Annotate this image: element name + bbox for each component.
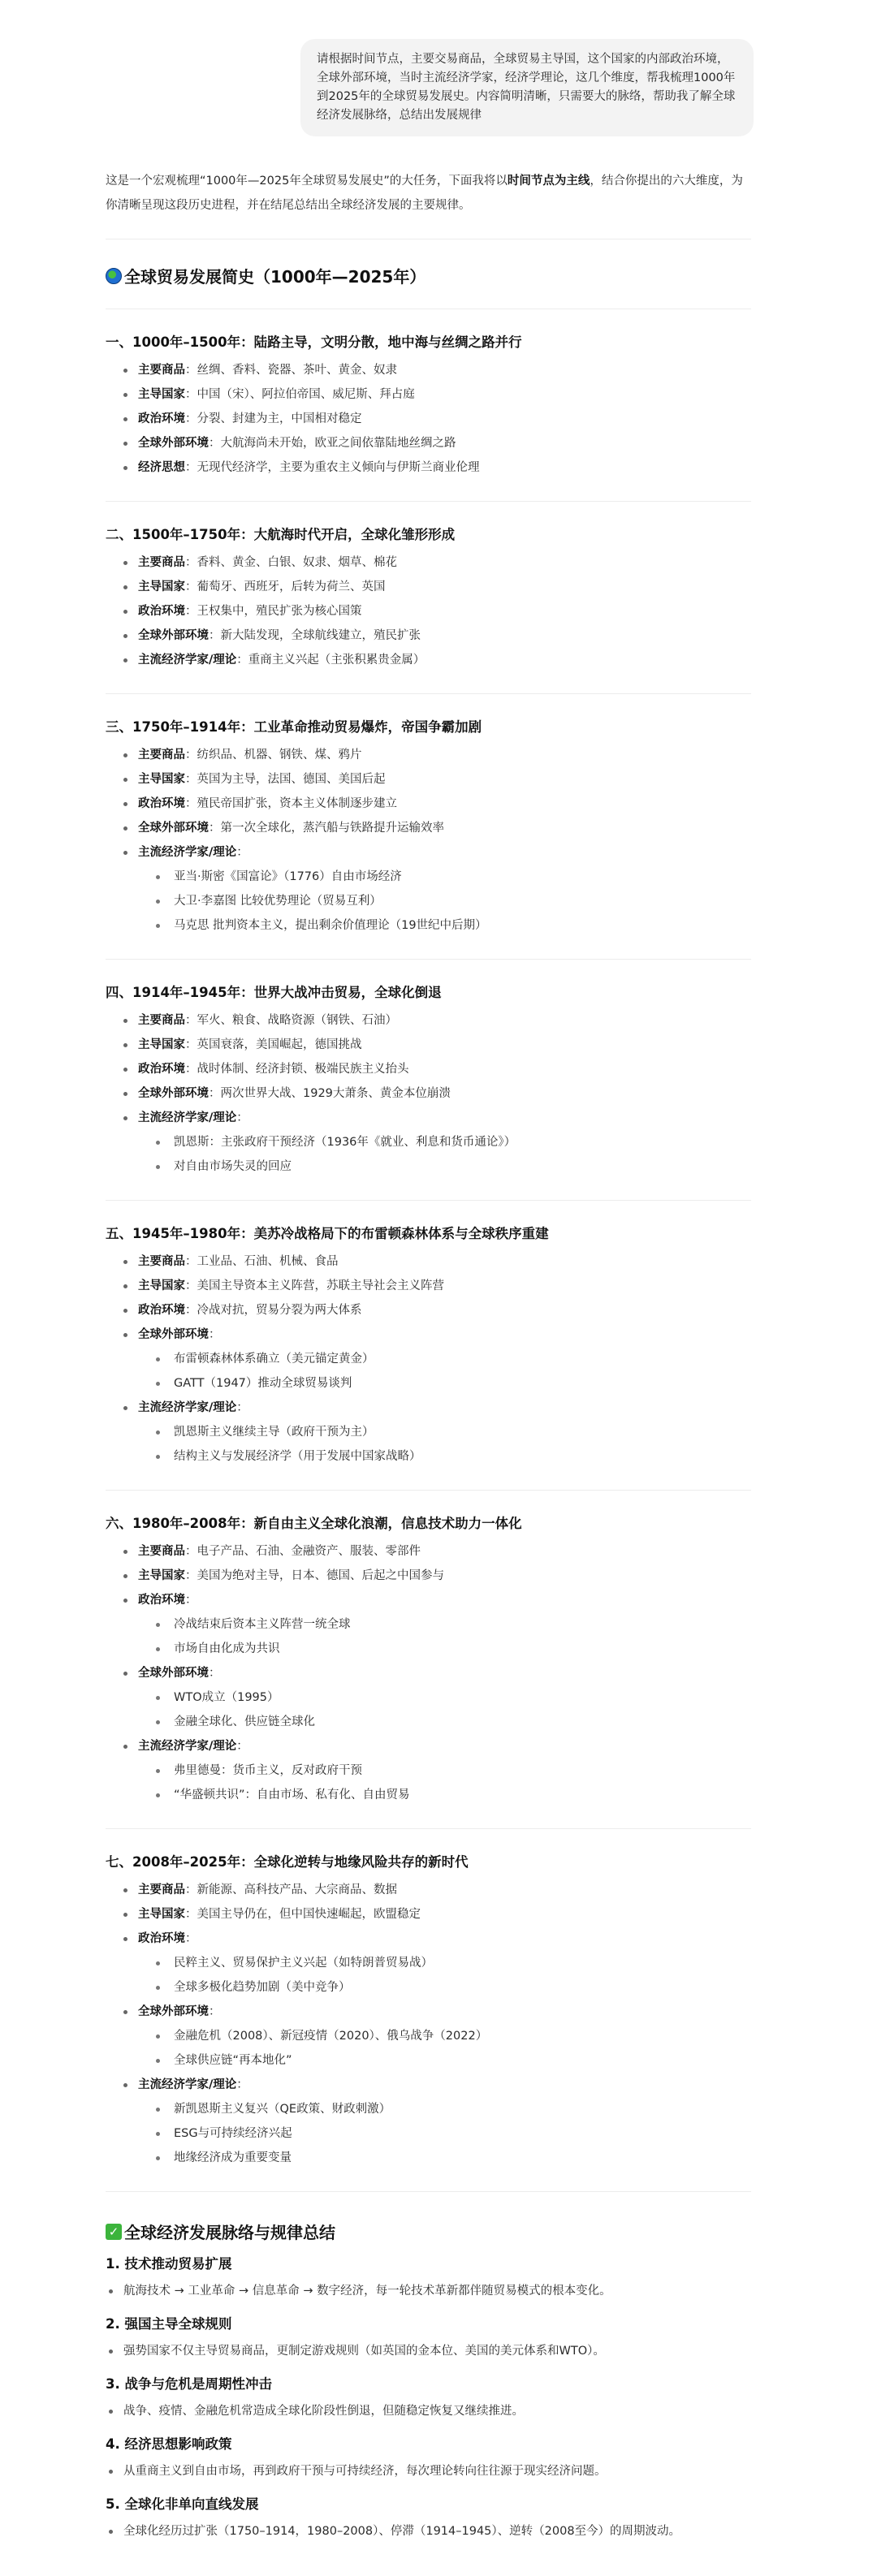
item-label: 主要商品 <box>138 749 185 762</box>
item-label: 主流经济学家/理论 <box>138 1111 236 1124</box>
list-item: 主导国家：葡萄牙、西班牙，后转为荷兰、英国 <box>123 575 751 599</box>
sub-list-item: 对自由市场失灵的回应 <box>156 1154 751 1179</box>
sub-list-item: 弗里德曼：货币主义，反对政府干预 <box>156 1758 751 1783</box>
rule-title: 1. 技术推动贸易扩展 <box>106 2253 751 2276</box>
period-title: 六、1980年–2008年：新自由主义全球化浪潮，信息技术助力一体化 <box>106 1513 751 1534</box>
item-label: 经济思想 <box>138 461 185 474</box>
item-label: 主流经济学家/理论 <box>138 2078 236 2091</box>
item-value: ： <box>209 1328 221 1341</box>
sub-list-item: 结构主义与发展经济学（用于发展中国家战略） <box>156 1444 751 1469</box>
list-item: 政治环境：殖民帝国扩张，资本主义体制逐步建立 <box>123 792 751 816</box>
sub-item-list: 民粹主义、贸易保护主义兴起（如特朗普贸易战）全球多极化趋势加剧（美中竞争） <box>138 1951 751 2000</box>
item-label: 主流经济学家/理论 <box>138 1740 236 1753</box>
period-title: 二、1500年–1750年：大航海时代开启，全球化雏形形成 <box>106 524 751 546</box>
rules-container: 1. 技术推动贸易扩展航海技术 → 工业革命 → 信息革命 → 数字经济，每一轮… <box>106 2253 751 2544</box>
sub-list-item: 民粹主义、贸易保护主义兴起（如特朗普贸易战） <box>156 1951 751 1975</box>
rule-title: 4. 经济思想影响政策 <box>106 2433 751 2456</box>
item-label: 全球外部环境 <box>138 437 209 450</box>
list-item: 主导国家：美国主导仍在，但中国快速崛起，欧盟稳定 <box>123 1902 751 1927</box>
item-value: ： <box>236 846 248 859</box>
rule-list: 全球化经历过扩张（1750–1914，1980–2008）、停滞（1914–19… <box>106 2519 751 2544</box>
item-label: 主导国家 <box>138 388 185 401</box>
list-item: 全球外部环境：金融危机（2008）、新冠疫情（2020）、俄乌战争（2022）全… <box>123 2000 751 2073</box>
sub-list-item: 马克思 批判资本主义，提出剩余价值理论（19世纪中后期） <box>156 913 751 938</box>
period-item-list: 主要商品：军火、粮食、战略资源（钢铁、石油）主导国家：英国衰落，美国崛起，德国挑… <box>106 1008 751 1179</box>
period-section: 七、2008年–2025年：全球化逆转与地缘风险共存的新时代主要商品：新能源、高… <box>106 1829 751 2170</box>
item-label: 全球外部环境 <box>138 1328 209 1341</box>
item-label: 主要商品 <box>138 364 185 377</box>
item-value: ：丝绸、香料、瓷器、茶叶、黄金、奴隶 <box>185 364 397 377</box>
rule-title: 5. 全球化非单向直线发展 <box>106 2493 751 2516</box>
item-label: 主导国家 <box>138 1038 185 1051</box>
list-item: 政治环境：分裂、封建为主，中国相对稳定 <box>123 407 751 431</box>
sub-list-item: 全球供应链“再本地化” <box>156 2048 751 2073</box>
item-value: ： <box>209 1667 221 1680</box>
intro-text-before: 这是一个宏观梳理“1000年—2025年全球贸易发展史”的大任务，下面我将以 <box>106 175 508 188</box>
list-item: 主流经济学家/理论：凯恩斯：主张政府干预经济（1936年《就业、利息和货币通论》… <box>123 1106 751 1179</box>
rule-list: 战争、疫情、金融危机常造成全球化阶段性倒退，但随稳定恢复又继续推进。 <box>106 2399 751 2423</box>
period-section: 一、1000年–1500年：陆路主导，文明分散，地中海与丝绸之路并行主要商品：丝… <box>106 309 751 480</box>
list-item: 主要商品：军火、粮食、战略资源（钢铁、石油） <box>123 1008 751 1033</box>
item-value: ：美国为绝对主导，日本、德国、后起之中国参与 <box>185 1569 444 1582</box>
list-item: 主要商品：丝绸、香料、瓷器、茶叶、黄金、奴隶 <box>123 358 751 382</box>
item-label: 主导国家 <box>138 580 185 593</box>
list-item: 政治环境：冷战结束后资本主义阵营一统全球市场自由化成为共识 <box>123 1588 751 1661</box>
period-item-list: 主要商品：电子产品、石油、金融资产、服装、零部件主导国家：美国为绝对主导，日本、… <box>106 1539 751 1807</box>
period-section: 三、1750年–1914年：工业革命推动贸易爆炸，帝国争霸加剧主要商品：纺织品、… <box>106 694 751 938</box>
summary-rule: 1. 技术推动贸易扩展航海技术 → 工业革命 → 信息革命 → 数字经济，每一轮… <box>106 2253 751 2303</box>
main-heading-text: 全球贸易发展简史（1000年—2025年） <box>124 264 426 287</box>
intro-paragraph: 这是一个宏观梳理“1000年—2025年全球贸易发展史”的大任务，下面我将以时间… <box>106 169 751 218</box>
item-label: 主导国家 <box>138 1279 185 1292</box>
period-title: 七、2008年–2025年：全球化逆转与地缘风险共存的新时代 <box>106 1852 751 1873</box>
item-label: 全球外部环境 <box>138 1087 209 1100</box>
summary-heading: ✓ 全球经济发展脉络与规律总结 <box>106 2220 751 2243</box>
item-value: ： <box>236 1111 248 1124</box>
summary-rule: 4. 经济思想影响政策从重商主义到自由市场，再到政府干预与可持续经济，每次理论转… <box>106 2433 751 2483</box>
item-label: 主要商品 <box>138 1883 185 1896</box>
item-value: ：重商主义兴起（主张积累贵金属） <box>236 654 425 667</box>
item-label: 主流经济学家/理论 <box>138 654 236 667</box>
globe-icon <box>106 268 122 284</box>
item-label: 主要商品 <box>138 1545 185 1558</box>
item-value: ：香料、黄金、白银、奴隶、烟草、棉花 <box>185 556 397 569</box>
intro-bold-text: 时间节点为主线 <box>508 175 590 188</box>
sub-list-item: 金融全球化、供应链全球化 <box>156 1710 751 1734</box>
user-message-bubble: 请根据时间节点，主要交易商品，全球贸易主导国，这个国家的内部政治环境，全球外部环… <box>300 39 754 136</box>
list-item: 主流经济学家/理论：新凯恩斯主义复兴（QE政策、财政刺激）ESG与可持续经济兴起… <box>123 2073 751 2170</box>
main-heading: 全球贸易发展简史（1000年—2025年） <box>106 264 751 287</box>
list-item: 主流经济学家/理论：凯恩斯主义继续主导（政府干预为主）结构主义与发展经济学（用于… <box>123 1396 751 1469</box>
item-label: 主导国家 <box>138 1908 185 1921</box>
list-item: 全球外部环境：大航海尚未开始，欧亚之间依靠陆地丝绸之路 <box>123 431 751 455</box>
item-value: ：工业品、石油、机械、食品 <box>185 1255 339 1268</box>
item-label: 政治环境 <box>138 412 185 425</box>
sub-item-list: WTO成立（1995）金融全球化、供应链全球化 <box>138 1685 751 1734</box>
item-label: 全球外部环境 <box>138 1667 209 1680</box>
sub-list-item: GATT（1947）推动全球贸易谈判 <box>156 1371 751 1396</box>
summary-rule: 3. 战争与危机是周期性冲击战争、疫情、金融危机常造成全球化阶段性倒退，但随稳定… <box>106 2373 751 2423</box>
item-value: ：英国为主导，法国、德国、美国后起 <box>185 773 386 786</box>
sub-list-item: 金融危机（2008）、新冠疫情（2020）、俄乌战争（2022） <box>156 2024 751 2048</box>
list-item: 主流经济学家/理论：弗里德曼：货币主义，反对政府干预“华盛顿共识”：自由市场、私… <box>123 1734 751 1807</box>
sub-list-item: 凯恩斯：主张政府干预经济（1936年《就业、利息和货币通论》） <box>156 1130 751 1154</box>
list-item: 政治环境：战时体制、经济封锁、极端民族主义抬头 <box>123 1057 751 1081</box>
divider <box>106 2191 751 2192</box>
period-title: 五、1945年–1980年：美苏冷战格局下的布雷顿森林体系与全球秩序重建 <box>106 1223 751 1245</box>
item-label: 政治环境 <box>138 1594 185 1607</box>
rule-title: 2. 强国主导全球规则 <box>106 2313 751 2336</box>
sub-list-item: 新凯恩斯主义复兴（QE政策、财政刺激） <box>156 2097 751 2121</box>
sub-list-item: 市场自由化成为共识 <box>156 1637 751 1661</box>
list-item: 主导国家：中国（宋）、阿拉伯帝国、威尼斯、拜占庭 <box>123 382 751 407</box>
rule-list: 强势国家不仅主导贸易商品，更制定游戏规则（如英国的金本位、美国的美元体系和WTO… <box>106 2339 751 2363</box>
item-value: ：第一次全球化，蒸汽船与铁路提升运输效率 <box>209 822 444 835</box>
item-label: 全球外部环境 <box>138 822 209 835</box>
divider <box>106 239 751 239</box>
item-label: 主要商品 <box>138 1255 185 1268</box>
item-label: 主导国家 <box>138 773 185 786</box>
item-value: ：两次世界大战、1929大萧条、黄金本位崩溃 <box>209 1087 451 1100</box>
item-value: ：电子产品、石油、金融资产、服装、零部件 <box>185 1545 421 1558</box>
rule-list: 从重商主义到自由市场，再到政府干预与可持续经济，每次理论转向往往源于现实经济问题… <box>106 2459 751 2483</box>
sub-item-list: 亚当·斯密《国富论》（1776）自由市场经济大卫·李嘉图 比较优势理论（贸易互利… <box>138 865 751 938</box>
item-value: ： <box>185 1932 197 1945</box>
sub-list-item: 地缘经济成为重要变量 <box>156 2146 751 2170</box>
period-item-list: 主要商品：香料、黄金、白银、奴隶、烟草、棉花主导国家：葡萄牙、西班牙，后转为荷兰… <box>106 550 751 672</box>
list-item: 主导国家：美国主导资本主义阵营，苏联主导社会主义阵营 <box>123 1274 751 1298</box>
period-section: 四、1914年–1945年：世界大战冲击贸易，全球化倒退主要商品：军火、粮食、战… <box>106 960 751 1179</box>
item-label: 政治环境 <box>138 1304 185 1317</box>
period-item-list: 主要商品：丝绸、香料、瓷器、茶叶、黄金、奴隶主导国家：中国（宋）、阿拉伯帝国、威… <box>106 358 751 480</box>
list-item: 经济思想：无现代经济学，主要为重农主义倾向与伊斯兰商业伦理 <box>123 455 751 480</box>
sub-list-item: “华盛顿共识”：自由市场、私有化、自由贸易 <box>156 1783 751 1807</box>
list-item: 全球外部环境：第一次全球化，蒸汽船与铁路提升运输效率 <box>123 816 751 840</box>
rule-text: 全球化经历过扩张（1750–1914，1980–2008）、停滞（1914–19… <box>109 2519 751 2544</box>
item-label: 政治环境 <box>138 1932 185 1945</box>
sub-item-list: 新凯恩斯主义复兴（QE政策、财政刺激）ESG与可持续经济兴起地缘经济成为重要变量 <box>138 2097 751 2170</box>
sub-item-list: 凯恩斯主义继续主导（政府干预为主）结构主义与发展经济学（用于发展中国家战略） <box>138 1420 751 1469</box>
rule-text: 从重商主义到自由市场，再到政府干预与可持续经济，每次理论转向往往源于现实经济问题… <box>109 2459 751 2483</box>
period-section: 六、1980年–2008年：新自由主义全球化浪潮，信息技术助力一体化主要商品：电… <box>106 1491 751 1807</box>
list-item: 主要商品：电子产品、石油、金融资产、服装、零部件 <box>123 1539 751 1564</box>
rule-text: 战争、疫情、金融危机常造成全球化阶段性倒退，但随稳定恢复又继续推进。 <box>109 2399 751 2423</box>
item-value: ： <box>209 2005 221 2018</box>
period-item-list: 主要商品：工业品、石油、机械、食品主导国家：美国主导资本主义阵营，苏联主导社会主… <box>106 1249 751 1469</box>
item-value: ：无现代经济学，主要为重农主义倾向与伊斯兰商业伦理 <box>185 461 480 474</box>
period-title: 三、1750年–1914年：工业革命推动贸易爆炸，帝国争霸加剧 <box>106 717 751 738</box>
item-label: 政治环境 <box>138 1063 185 1076</box>
item-label: 政治环境 <box>138 605 185 618</box>
summary-heading-text: 全球经济发展脉络与规律总结 <box>124 2220 335 2243</box>
sub-item-list: 布雷顿森林体系确立（美元锚定黄金）GATT（1947）推动全球贸易谈判 <box>138 1347 751 1396</box>
period-item-list: 主要商品：新能源、高科技产品、大宗商品、数据主导国家：美国主导仍在，但中国快速崛… <box>106 1878 751 2170</box>
item-value: ：王权集中，殖民扩张为核心国策 <box>185 605 362 618</box>
list-item: 主要商品：新能源、高科技产品、大宗商品、数据 <box>123 1878 751 1902</box>
item-value: ：殖民帝国扩张，资本主义体制逐步建立 <box>185 797 397 810</box>
item-value: ：中国（宋）、阿拉伯帝国、威尼斯、拜占庭 <box>185 388 415 401</box>
sub-list-item: 冷战结束后资本主义阵营一统全球 <box>156 1612 751 1637</box>
period-title: 四、1914年–1945年：世界大战冲击贸易，全球化倒退 <box>106 982 751 1003</box>
list-item: 全球外部环境：新大陆发现，全球航线建立，殖民扩张 <box>123 624 751 648</box>
sub-item-list: 冷战结束后资本主义阵营一统全球市场自由化成为共识 <box>138 1612 751 1661</box>
list-item: 全球外部环境：两次世界大战、1929大萧条、黄金本位崩溃 <box>123 1081 751 1106</box>
user-message-row: 请根据时间节点，主要交易商品，全球贸易主导国，这个国家的内部政治环境，全球外部环… <box>0 0 877 136</box>
item-value: ： <box>236 1401 248 1414</box>
rule-text: 航海技术 → 工业革命 → 信息革命 → 数字经济，每一轮技术革新都伴随贸易模式… <box>109 2279 751 2303</box>
list-item: 主流经济学家/理论：亚当·斯密《国富论》（1776）自由市场经济大卫·李嘉图 比… <box>123 840 751 938</box>
period-title: 一、1000年–1500年：陆路主导，文明分散，地中海与丝绸之路并行 <box>106 332 751 353</box>
item-label: 主流经济学家/理论 <box>138 1401 236 1414</box>
sub-item-list: 凯恩斯：主张政府干预经济（1936年《就业、利息和货币通论》）对自由市场失灵的回… <box>138 1130 751 1179</box>
item-value: ：分裂、封建为主，中国相对稳定 <box>185 412 362 425</box>
rule-list: 航海技术 → 工业革命 → 信息革命 → 数字经济，每一轮技术革新都伴随贸易模式… <box>106 2279 751 2303</box>
sub-list-item: WTO成立（1995） <box>156 1685 751 1710</box>
periods-container: 一、1000年–1500年：陆路主导，文明分散，地中海与丝绸之路并行主要商品：丝… <box>106 309 751 2170</box>
sub-list-item: 凯恩斯主义继续主导（政府干预为主） <box>156 1420 751 1444</box>
list-item: 主导国家：英国衰落，美国崛起，德国挑战 <box>123 1033 751 1057</box>
sub-list-item: 大卫·李嘉图 比较优势理论（贸易互利） <box>156 889 751 913</box>
list-item: 主要商品：工业品、石油、机械、食品 <box>123 1249 751 1274</box>
item-label: 主要商品 <box>138 1014 185 1027</box>
item-label: 全球外部环境 <box>138 629 209 642</box>
item-label: 主导国家 <box>138 1569 185 1582</box>
list-item: 主导国家：英国为主导，法国、德国、美国后起 <box>123 767 751 792</box>
item-value: ：英国衰落，美国崛起，德国挑战 <box>185 1038 362 1051</box>
list-item: 主要商品：纺织品、机器、钢铁、煤、鸦片 <box>123 743 751 767</box>
sub-item-list: 金融危机（2008）、新冠疫情（2020）、俄乌战争（2022）全球供应链“再本… <box>138 2024 751 2073</box>
list-item: 主流经济学家/理论：重商主义兴起（主张积累贵金属） <box>123 648 751 672</box>
item-value: ：新大陆发现，全球航线建立，殖民扩张 <box>209 629 421 642</box>
list-item: 全球外部环境：WTO成立（1995）金融全球化、供应链全球化 <box>123 1661 751 1734</box>
item-value: ：美国主导仍在，但中国快速崛起，欧盟稳定 <box>185 1908 421 1921</box>
list-item: 全球外部环境：布雷顿森林体系确立（美元锚定黄金）GATT（1947）推动全球贸易… <box>123 1323 751 1396</box>
assistant-response: 这是一个宏观梳理“1000年—2025年全球贸易发展史”的大任务，下面我将以时间… <box>106 169 751 2544</box>
period-section: 二、1500年–1750年：大航海时代开启，全球化雏形形成主要商品：香料、黄金、… <box>106 502 751 672</box>
item-value: ： <box>236 2078 248 2091</box>
item-value: ：美国主导资本主义阵营，苏联主导社会主义阵营 <box>185 1279 444 1292</box>
list-item: 主导国家：美国为绝对主导，日本、德国、后起之中国参与 <box>123 1564 751 1588</box>
list-item: 政治环境：民粹主义、贸易保护主义兴起（如特朗普贸易战）全球多极化趋势加剧（美中竞… <box>123 1927 751 2000</box>
item-value: ：冷战对抗，贸易分裂为两大体系 <box>185 1304 362 1317</box>
item-value: ：大航海尚未开始，欧亚之间依靠陆地丝绸之路 <box>209 437 456 450</box>
item-label: 主流经济学家/理论 <box>138 846 236 859</box>
sub-list-item: 全球多极化趋势加剧（美中竞争） <box>156 1975 751 2000</box>
list-item: 政治环境：冷战对抗，贸易分裂为两大体系 <box>123 1298 751 1323</box>
summary-rule: 2. 强国主导全球规则强势国家不仅主导贸易商品，更制定游戏规则（如英国的金本位、… <box>106 2313 751 2363</box>
summary-rule: 5. 全球化非单向直线发展全球化经历过扩张（1750–1914，1980–200… <box>106 2493 751 2544</box>
sub-list-item: 亚当·斯密《国富论》（1776）自由市场经济 <box>156 865 751 889</box>
item-value: ：葡萄牙、西班牙，后转为荷兰、英国 <box>185 580 386 593</box>
list-item: 政治环境：王权集中，殖民扩张为核心国策 <box>123 599 751 624</box>
item-value: ：战时体制、经济封锁、极端民族主义抬头 <box>185 1063 409 1076</box>
period-item-list: 主要商品：纺织品、机器、钢铁、煤、鸦片主导国家：英国为主导，法国、德国、美国后起… <box>106 743 751 938</box>
sub-list-item: ESG与可持续经济兴起 <box>156 2121 751 2146</box>
check-mark-icon: ✓ <box>106 2224 122 2240</box>
item-value: ： <box>185 1594 197 1607</box>
chat-conversation: 请根据时间节点，主要交易商品，全球贸易主导国，这个国家的内部政治环境，全球外部环… <box>0 0 877 2544</box>
rule-text: 强势国家不仅主导贸易商品，更制定游戏规则（如英国的金本位、美国的美元体系和WTO… <box>109 2339 751 2363</box>
sub-item-list: 弗里德曼：货币主义，反对政府干预“华盛顿共识”：自由市场、私有化、自由贸易 <box>138 1758 751 1807</box>
item-value: ： <box>236 1740 248 1753</box>
sub-list-item: 布雷顿森林体系确立（美元锚定黄金） <box>156 1347 751 1371</box>
list-item: 主要商品：香料、黄金、白银、奴隶、烟草、棉花 <box>123 550 751 575</box>
item-value: ：军火、粮食、战略资源（钢铁、石油） <box>185 1014 397 1027</box>
item-label: 全球外部环境 <box>138 2005 209 2018</box>
item-label: 政治环境 <box>138 797 185 810</box>
item-value: ：新能源、高科技产品、大宗商品、数据 <box>185 1883 397 1896</box>
item-label: 主要商品 <box>138 556 185 569</box>
period-section: 五、1945年–1980年：美苏冷战格局下的布雷顿森林体系与全球秩序重建主要商品… <box>106 1201 751 1469</box>
rule-title: 3. 战争与危机是周期性冲击 <box>106 2373 751 2396</box>
item-value: ：纺织品、机器、钢铁、煤、鸦片 <box>185 749 362 762</box>
